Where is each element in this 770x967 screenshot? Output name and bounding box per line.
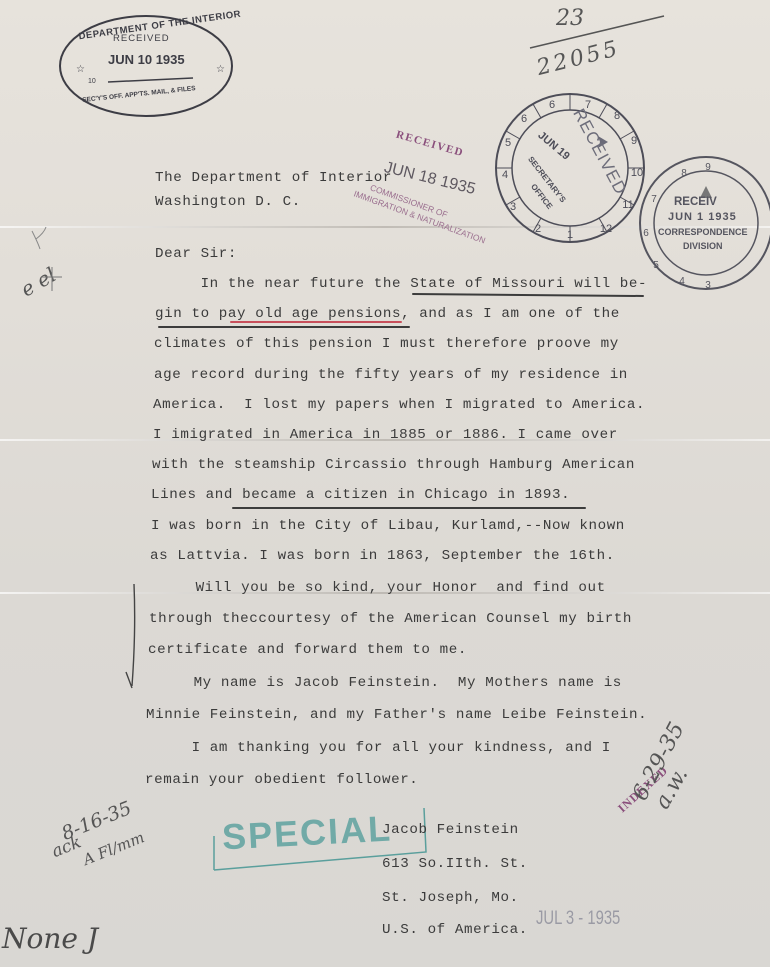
body-line: through theccourtesy of the American Cou… [149,611,632,627]
bottom-note: None J [2,922,98,955]
body-line: My name is Jacob Feinstein. My Mothers n… [148,675,622,691]
body-line: climates of this pension I must therefor… [154,336,619,352]
svg-text:11: 11 [622,199,633,211]
body-line: I was born in the City of Libau, Kurlamd… [151,518,625,534]
svg-text:4: 4 [502,169,508,181]
dial-stamp-border: 897 6543 [636,156,770,290]
svg-text:8: 8 [614,110,620,122]
svg-text:6: 6 [521,113,527,125]
stamp-line2: DIVISION [683,241,723,251]
svg-text:1: 1 [567,229,573,241]
svg-text:3: 3 [510,201,516,213]
body-line: with the steamship Circassio through Ham… [152,457,635,473]
stamp-date: JUN 10 1935 [108,52,185,67]
svg-text:☆: ☆ [76,64,85,75]
svg-text:6: 6 [549,99,555,111]
body-line: certificate and forward them to me. [148,642,467,658]
svg-text:3: 3 [705,280,711,291]
margin-mark [30,225,70,305]
stamp-received-label: RECEIVED [113,33,170,44]
svg-text:4: 4 [679,276,685,287]
body-line: remain your obedient follower. [145,772,418,788]
underline-pensions [158,326,410,328]
svg-text:9: 9 [705,162,711,173]
signature-city: St. Joseph, Mo. [382,890,519,906]
body-line: Will you be so kind, your Honor and find… [150,580,606,596]
special-stamp-text: SPECIAL [221,808,393,859]
salutation: Dear Sir: [155,246,237,262]
stamp-received-label: RECEIV [674,196,717,208]
svg-text:8: 8 [681,168,687,179]
svg-text:☆: ☆ [216,64,225,75]
body-line: I am thanking you for all your kindness,… [146,740,611,756]
document-page: ☆ ☆ DEPARTMENT OF THE INTERIOR RECEIVED … [0,0,770,967]
body-line: In the near future the State of Missouri… [155,276,647,292]
body-line: America. I lost my papers when I migrate… [153,397,645,413]
recipient-line2: Washington D. C. [155,194,301,210]
stamp-received-label: RECEIVED [395,129,466,160]
body-line: Minnie Feinstein, and my Father's name L… [146,707,647,723]
svg-text:5: 5 [653,260,659,271]
svg-text:9: 9 [631,135,637,147]
signature-street: 613 So.IIth. St. [382,856,528,872]
svg-text:6: 6 [643,228,649,239]
svg-text:7: 7 [651,194,657,205]
underline-citizen-chicago [232,507,586,509]
stamp-date: JUN 1 1935 [668,211,737,223]
recipient-line1: The Department of Interior [155,170,392,186]
body-line: age record during the fifty years of my … [154,367,628,383]
svg-text:5: 5 [505,137,511,149]
underline-state-of-missouri [412,293,644,297]
body-line: Lines and became a citizen in Chicago in… [151,487,570,503]
underline-pensions-red [230,321,402,323]
margin-arrow-mark [124,582,144,694]
body-line: I imigrated in America in 1885 or 1886. … [153,427,618,443]
stamp-small-number: 10 [88,78,96,85]
signature-name: Jacob Feinstein [382,822,519,838]
svg-text:12: 12 [600,223,612,235]
body-line: as Lattvia. I was born in 1863, Septembe… [150,548,615,564]
body-line: gin to pay old age pensions, and as I am… [155,306,620,322]
signature-country: U.S. of America. [382,922,528,938]
july-date-stamp: JUL 3 - 1935 [536,908,620,930]
svg-text:2: 2 [535,223,541,235]
stamp-line1: CORRESPONDENCE [658,227,748,237]
